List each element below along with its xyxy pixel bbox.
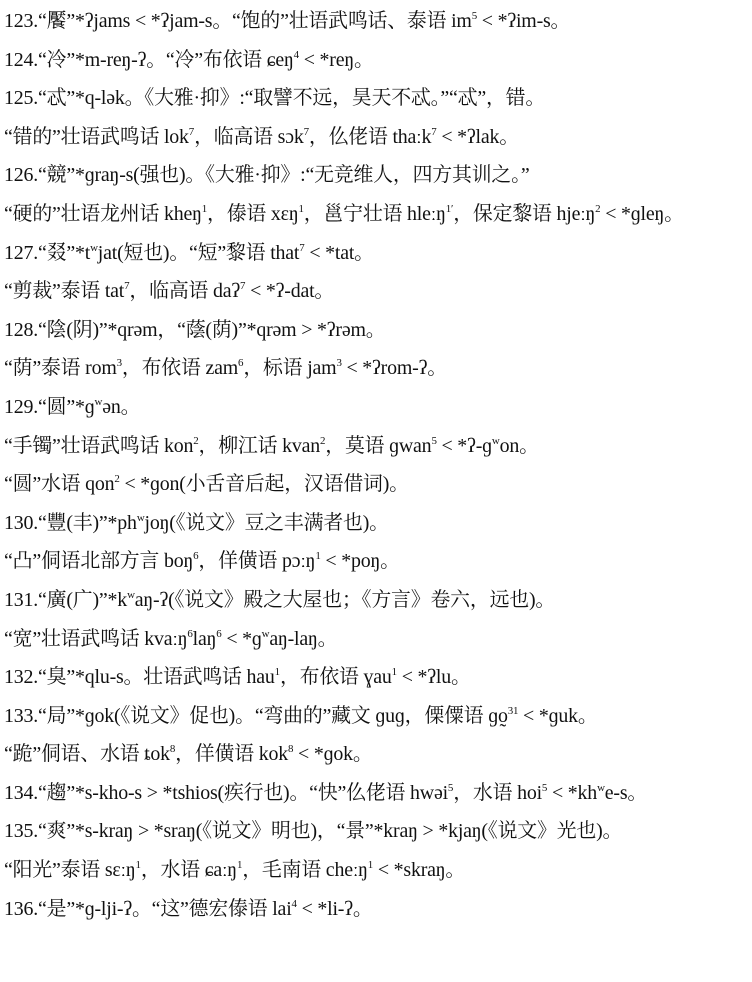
text-run: laŋ <box>193 628 217 650</box>
text-run: “手镯”壮语武鸣话 kon <box>4 435 193 457</box>
entry-line-125b: “错的”壮语武鸣话 lok7，临高语 sɔk7，仫佬语 thaːk7 < *ʔl… <box>4 118 748 157</box>
text-run: 134.“趨”*s-kho-s > *tshios(疾行也)。“快”仫佬语 hw… <box>4 782 448 804</box>
entry-line-127b: “剪裁”泰语 tat7，临高语 daʔ7 < *ʔ-dat。 <box>4 272 748 311</box>
text-run: ，傣语 xɛŋ <box>207 203 298 225</box>
text-run: < *ɡleŋ。 <box>600 203 683 225</box>
entry-line-133: 133.“局”*ɡok(《说文》促也)。“弯曲的”藏文 ɡuɡ，傈僳语 ɡo̰3… <box>4 697 748 736</box>
text-run: 131.“廣(广)”*k <box>4 589 127 611</box>
text-run: ，临高语 sɔk <box>194 126 304 148</box>
text-run: ，水语 hoi <box>453 782 542 804</box>
text-run: ，佯僙语 pɔːŋ <box>198 550 315 572</box>
text-run: ，布依语 ɣau <box>280 666 392 688</box>
text-run: 124.“冷”*m-reŋ-ʔ。“冷”布依语 ɕeŋ <box>4 49 294 71</box>
entry-line-129: 129.“圆”*ɡwən。 <box>4 388 748 427</box>
tone-superscript: 31 <box>508 705 519 717</box>
text-run: 129.“圆”*ɡ <box>4 396 95 418</box>
text-run: on。 <box>500 435 539 457</box>
text-run: ，布依语 zam <box>122 357 238 379</box>
entry-line-136: 136.“是”*ɡ-lji-ʔ。“这”德宏傣语 lai4 < *li-ʔ。 <box>4 890 748 929</box>
entry-line-123: 123.“饜”*ʔjams < *ʔjam-s。“饱的”壮语武鸣话、泰语 im5… <box>4 2 748 41</box>
entry-line-132: 132.“臭”*qlu-s。壮语武鸣话 hau1，布依语 ɣau1 < *ʔlu… <box>4 658 748 697</box>
text-run: “硬的”壮语龙州话 kheŋ <box>4 203 202 225</box>
text-run: joŋ(《说文》豆之丰满者也)。 <box>145 512 389 534</box>
text-run: aŋ-ʔ(《说文》殿之大屋也；《方言》卷六，远也)。 <box>135 589 555 611</box>
entry-line-126b: “硬的”壮语龙州话 kheŋ1，傣语 xɛŋ1，邕宁壮语 hleːŋ1′，保定黎… <box>4 195 748 234</box>
entry-line-133b: “跪”侗语、水语 ȶok8，佯僙语 kok8 < *ɡok。 <box>4 735 748 774</box>
text-run: < *li-ʔ。 <box>297 898 373 920</box>
text-run: ，水语 ɕaːŋ <box>141 859 237 881</box>
text-run: < *tat。 <box>305 242 374 264</box>
text-run: “凸”侗语北部方言 boŋ <box>4 550 193 572</box>
text-run: jat(短也)。“短”黎语 that <box>98 242 299 264</box>
text-run: < *reŋ。 <box>299 49 374 71</box>
text-run: 136.“是”*ɡ-lji-ʔ。“这”德宏傣语 lai <box>4 898 292 920</box>
text-run: ，标语 jam <box>243 357 336 379</box>
text-run: “阳光”泰语 sɛːŋ <box>4 859 136 881</box>
text-run: ，邕宁壮语 hleːŋ <box>304 203 446 225</box>
text-run: ，毛南语 cheːŋ <box>242 859 368 881</box>
text-run: ，佯僙语 kok <box>175 743 288 765</box>
text-run: 126.“競”*ɡraŋ-s(强也)。《大雅·抑》:“无竞维人，四方其训之。” <box>4 164 529 186</box>
tone-superscript: w <box>492 435 500 447</box>
entry-line-129b: “手镯”壮语武鸣话 kon2，柳江话 kvan2，莫语 ɡwan5 < *ʔ-ɡ… <box>4 427 748 466</box>
text-run: “圆”水语 qon <box>4 473 114 495</box>
entry-line-134: 134.“趨”*s-kho-s > *tshios(疾行也)。“快”仫佬语 hw… <box>4 774 748 813</box>
entry-line-126: 126.“競”*ɡraŋ-s(强也)。《大雅·抑》:“无竞维人，四方其训之。” <box>4 156 748 195</box>
text-run: < *kh <box>547 782 597 804</box>
text-run: < *ʔlu。 <box>397 666 471 688</box>
text-run: 132.“臭”*qlu-s。壮语武鸣话 hau <box>4 666 275 688</box>
text-run: < *ɡon(小舌音后起，汉语借词)。 <box>120 473 409 495</box>
text-run: < *ɡuk。 <box>518 705 597 727</box>
text-run: ，柳江话 kvan <box>198 435 319 457</box>
tone-superscript: w <box>95 396 103 408</box>
entry-line-128: 128.“陰(阴)”*qrəm，“蔭(荫)”*qrəm > *ʔrəm。 <box>4 311 748 350</box>
text-run: < *ʔlak。 <box>437 126 519 148</box>
entry-line-131: 131.“廣(广)”*kwaŋ-ʔ(《说文》殿之大屋也；《方言》卷六，远也)。 <box>4 581 748 620</box>
text-run: ，莫语 ɡwan <box>325 435 431 457</box>
text-run: < *ʔ-dat。 <box>245 280 334 302</box>
text-run: 125.“忒”*q-lək。《大雅·抑》:“取譬不远，昊天不忒。”“忒”，错。 <box>4 87 545 109</box>
entry-line-135b: “阳光”泰语 sɛːŋ1，水语 ɕaːŋ1，毛南语 cheːŋ1 < *skra… <box>4 851 748 890</box>
entry-line-129c: “圆”水语 qon2 < *ɡon(小舌音后起，汉语借词)。 <box>4 465 748 504</box>
text-run: 127.“叕”*t <box>4 242 90 264</box>
text-run: aŋ-laŋ。 <box>269 628 337 650</box>
entry-line-125: 125.“忒”*q-lək。《大雅·抑》:“取譬不远，昊天不忒。”“忒”，错。 <box>4 79 748 118</box>
text-run: < *ʔ-ɡ <box>437 435 492 457</box>
entry-line-128b: “荫”泰语 rom3，布依语 zam6，标语 jam3 < *ʔrom-ʔ。 <box>4 349 748 388</box>
document-page: 123.“饜”*ʔjams < *ʔjam-s。“饱的”壮语武鸣话、泰语 im5… <box>4 2 752 928</box>
entry-line-124: 124.“冷”*m-reŋ-ʔ。“冷”布依语 ɕeŋ4 < *reŋ。 <box>4 41 748 80</box>
text-run: < *ɡ <box>222 628 262 650</box>
text-run: < *poŋ。 <box>321 550 400 572</box>
text-run: “错的”壮语武鸣话 lok <box>4 126 189 148</box>
entry-line-127: 127.“叕”*twjat(短也)。“短”黎语 that7 < *tat。 <box>4 234 748 273</box>
text-run: e-s。 <box>605 782 647 804</box>
text-run: ，临高语 daʔ <box>129 280 240 302</box>
text-run: 123.“饜”*ʔjams < *ʔjam-s。“饱的”壮语武鸣话、泰语 im <box>4 10 472 32</box>
text-run: < *ʔim-s。 <box>477 10 570 32</box>
entry-line-131b: “宽”壮语武鸣话 kvaːŋ6laŋ6 < *ɡwaŋ-laŋ。 <box>4 620 748 659</box>
text-run: ən。 <box>102 396 140 418</box>
text-run: “宽”壮语武鸣话 kvaːŋ <box>4 628 187 650</box>
text-run: < *skraŋ。 <box>373 859 465 881</box>
tone-superscript: w <box>262 628 270 640</box>
text-run: “剪裁”泰语 tat <box>4 280 124 302</box>
text-run: 133.“局”*ɡok(《说文》促也)。“弯曲的”藏文 ɡuɡ，傈僳语 ɡo̰ <box>4 705 508 727</box>
text-run: 128.“陰(阴)”*qrəm，“蔭(荫)”*qrəm > *ʔrəm。 <box>4 319 385 341</box>
entry-line-130b: “凸”侗语北部方言 boŋ6，佯僙语 pɔːŋ1 < *poŋ。 <box>4 542 748 581</box>
text-run: “荫”泰语 rom <box>4 357 117 379</box>
entry-line-130: 130.“豐(丰)”*phwjoŋ(《说文》豆之丰满者也)。 <box>4 504 748 543</box>
text-run: “跪”侗语、水语 ȶok <box>4 743 170 765</box>
text-run: ，仫佬语 thaːk <box>309 126 431 148</box>
text-run: < *ʔrom-ʔ。 <box>342 357 447 379</box>
tone-superscript: w <box>597 782 605 794</box>
entry-line-135: 135.“爽”*s-kraŋ > *sraŋ(《说文》明也)，“景”*kraŋ … <box>4 812 748 851</box>
text-run: 135.“爽”*s-kraŋ > *sraŋ(《说文》明也)，“景”*kraŋ … <box>4 820 622 842</box>
text-run: 130.“豐(丰)”*ph <box>4 512 137 534</box>
text-run: ，保定黎语 hjeːŋ <box>453 203 595 225</box>
text-run: < *ɡok。 <box>293 743 372 765</box>
